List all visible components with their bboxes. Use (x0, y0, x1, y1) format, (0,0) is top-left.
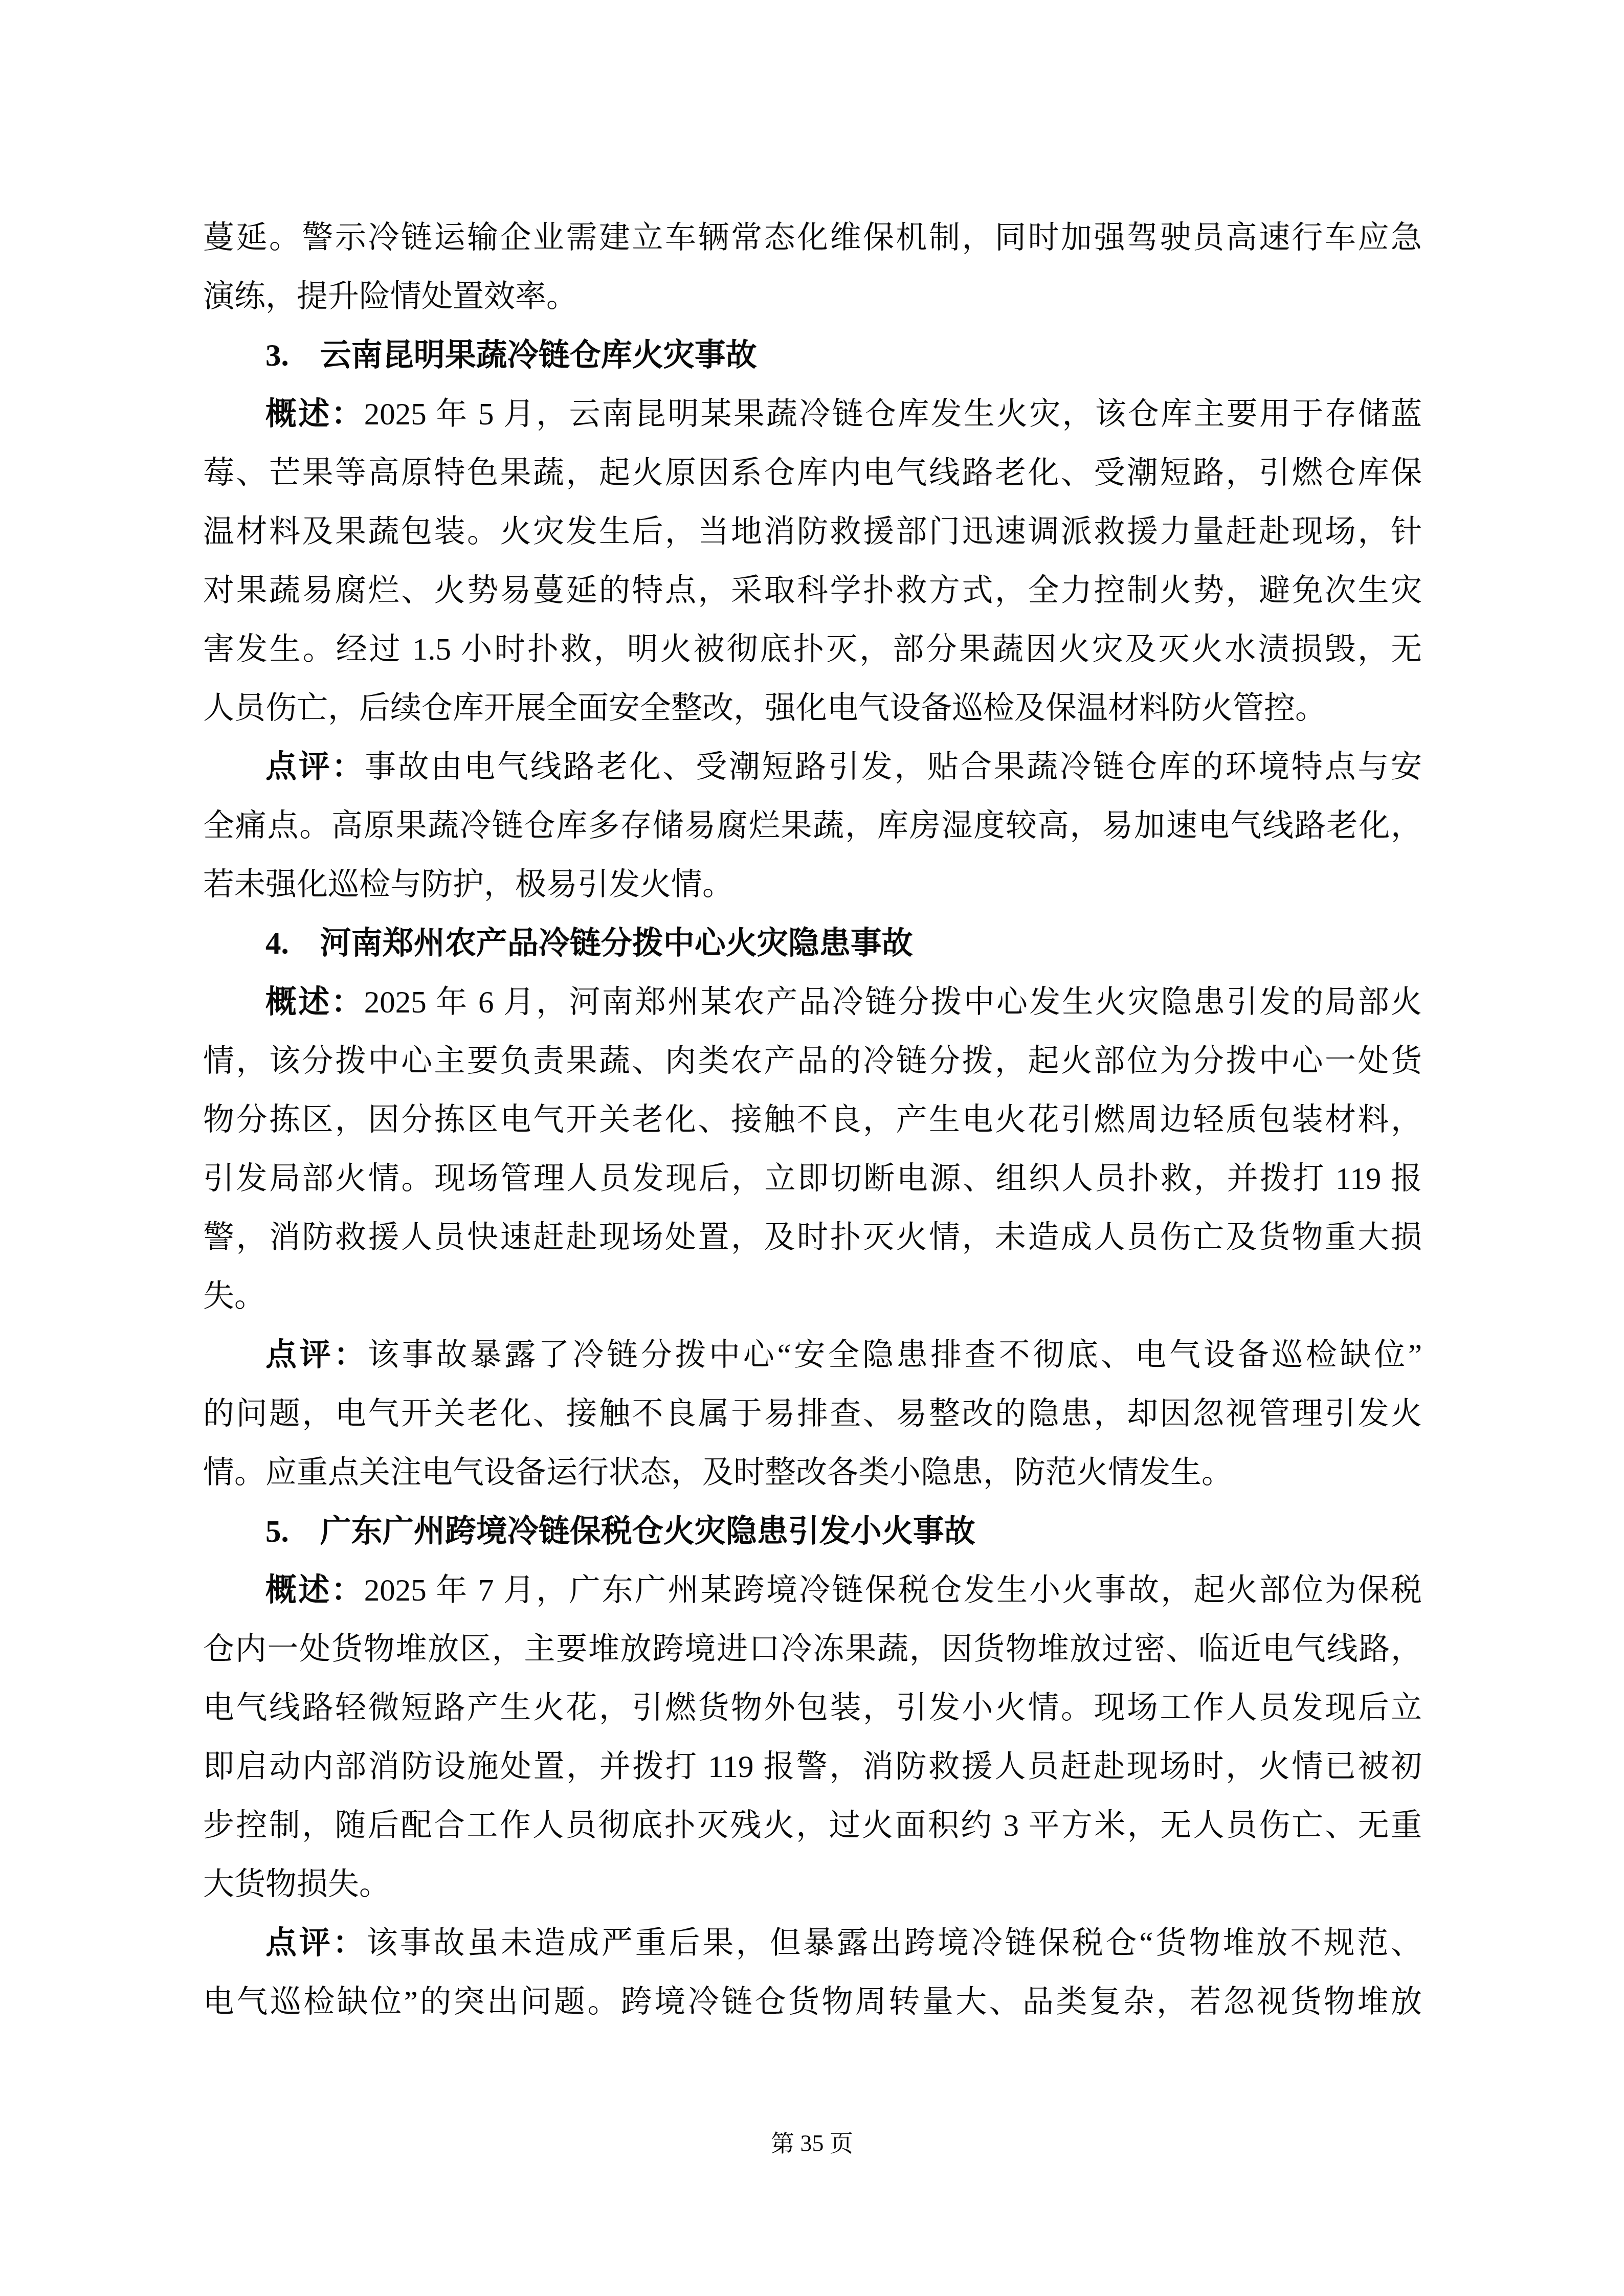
text-line: 害发生。经过 1.5 小时扑救，明火被彻底扑灭，部分果蔬因火灾及灭火水渍损毁，无 (203, 620, 1422, 679)
line-text: 全痛点。高原果蔬冷链仓库多存储易腐烂果蔬，库房湿度较高，易加速电气线路老化， (203, 809, 1422, 843)
line-text: 2025 年 5 月，云南昆明某果蔬冷链仓库发生火灾，该仓库主要用于存储蓝 (364, 397, 1422, 432)
text-line: 物分拣区，因分拣区电气开关老化、接触不良，产生电火花引燃周边轻质包装材料， (203, 1091, 1422, 1150)
line-text: 该事故虽未造成严重后果，但暴露出跨境冷链保税仓“货物堆放不规范、 (366, 1926, 1422, 1961)
line-text: 仓内一处货物堆放区，主要堆放跨境进口冷冻果蔬，因货物堆放过密、临近电气线路， (203, 1632, 1422, 1667)
text-line: 概述：2025 年 6 月，河南郑州某农产品冷链分拨中心发生火灾隐患引发的局部火 (203, 973, 1422, 1032)
text-line: 步控制，随后配合工作人员彻底扑灭残火，过火面积约 3 平方米，无人员伤亡、无重 (203, 1796, 1422, 1855)
line-text: 演练，提升险情处置效率。 (203, 280, 577, 314)
line-text: 失。 (203, 1279, 265, 1314)
text-line: 莓、芒果等高原特色果蔬，起火原因系仓库内电气线路老化、受潮短路，引燃仓库保 (203, 444, 1422, 503)
line-text: 5. 广东广州跨境冷链保税仓火灾隐患引发小火事故 (265, 1515, 975, 1549)
text-line: 点评：事故由电气线路老化、受潮短路引发，贴合果蔬冷链仓库的环境特点与安 (203, 738, 1422, 797)
section-heading: 4. 河南郑州农产品冷链分拨中心火灾隐患事故 (203, 914, 1422, 973)
line-text: 事故由电气线路老化、受潮短路引发，贴合果蔬冷链仓库的环境特点与安 (365, 750, 1422, 784)
text-line: 全痛点。高原果蔬冷链仓库多存储易腐烂果蔬，库房湿度较高，易加速电气线路老化， (203, 797, 1422, 856)
document-page: { "document": { "lines": [ {"prefix":"",… (0, 0, 1624, 2296)
text-line: 仓内一处货物堆放区，主要堆放跨境进口冷冻果蔬，因货物堆放过密、临近电气线路， (203, 1620, 1422, 1679)
line-prefix: 概述： (265, 397, 364, 432)
text-line: 若未强化巡检与防护，极易引发火情。 (203, 856, 1422, 914)
text-line: 点评：该事故虽未造成严重后果，但暴露出跨境冷链保税仓“货物堆放不规范、 (203, 1914, 1422, 1973)
text-line: 的问题，电气开关老化、接触不良属于易排查、易整改的隐患，却因忽视管理引发火 (203, 1385, 1422, 1444)
text-line: 电气线路轻微短路产生火花，引燃货物外包装，引发小火情。现场工作人员发现后立 (203, 1679, 1422, 1738)
line-text: 莓、芒果等高原特色果蔬，起火原因系仓库内电气线路老化、受潮短路，引燃仓库保 (203, 456, 1422, 490)
text-line: 点评：该事故暴露了冷链分拨中心“安全隐患排查不彻底、电气设备巡检缺位” (203, 1326, 1422, 1385)
page-number: 第 35 页 (0, 2128, 1624, 2159)
line-text: 大货物损失。 (203, 1867, 390, 1902)
text-line: 对果蔬易腐烂、火势易蔓延的特点，采取科学扑救方式，全力控制火势，避免次生灾 (203, 561, 1422, 620)
text-line: 概述：2025 年 5 月，云南昆明某果蔬冷链仓库发生火灾，该仓库主要用于存储蓝 (203, 385, 1422, 444)
line-text: 电气线路轻微短路产生火花，引燃货物外包装，引发小火情。现场工作人员发现后立 (203, 1691, 1422, 1725)
line-prefix: 点评： (265, 1926, 366, 1961)
line-text: 2025 年 7 月，广东广州某跨境冷链保税仓发生小火事故，起火部位为保税 (364, 1573, 1422, 1608)
line-prefix: 点评： (265, 750, 365, 784)
line-text: 4. 河南郑州农产品冷链分拨中心火灾隐患事故 (265, 927, 913, 961)
text-line: 情，该分拨中心主要负责果蔬、肉类农产品的冷链分拨，起火部位为分拨中心一处货 (203, 1032, 1422, 1091)
text-line: 蔓延。警示冷链运输企业需建立车辆常态化维保机制，同时加强驾驶员高速行车应急 (203, 209, 1422, 267)
text-line: 温材料及果蔬包装。火灾发生后，当地消防救援部门迅速调派救援力量赶赴现场，针 (203, 503, 1422, 561)
line-text: 引发局部火情。现场管理人员发现后，立即切断电源、组织人员扑救，并拨打 119 报 (203, 1162, 1422, 1196)
line-prefix: 概述： (265, 985, 364, 1020)
line-text: 的问题，电气开关老化、接触不良属于易排查、易整改的隐患，却因忽视管理引发火 (203, 1397, 1422, 1431)
line-text: 人员伤亡，后续仓库开展全面安全整改，强化电气设备巡检及保温材料防火管控。 (203, 691, 1326, 726)
line-text: 步控制，随后配合工作人员彻底扑灭残火，过火面积约 3 平方米，无人员伤亡、无重 (203, 1809, 1422, 1843)
line-text: 情，该分拨中心主要负责果蔬、肉类农产品的冷链分拨，起火部位为分拨中心一处货 (203, 1044, 1422, 1078)
section-heading: 3. 云南昆明果蔬冷链仓库火灾事故 (203, 326, 1422, 385)
text-line: 概述：2025 年 7 月，广东广州某跨境冷链保税仓发生小火事故，起火部位为保税 (203, 1561, 1422, 1620)
line-text: 警，消防救援人员快速赶赴现场处置，及时扑灭火情，未造成人员伤亡及货物重大损 (203, 1221, 1422, 1255)
section-heading: 5. 广东广州跨境冷链保税仓火灾隐患引发小火事故 (203, 1502, 1422, 1561)
line-text: 2025 年 6 月，河南郑州某农产品冷链分拨中心发生火灾隐患引发的局部火 (364, 985, 1422, 1020)
text-body: 蔓延。警示冷链运输企业需建立车辆常态化维保机制，同时加强驾驶员高速行车应急 演练… (203, 209, 1422, 2032)
line-text: 即启动内部消防设施处置，并拨打 119 报警，消防救援人员赶赴现场时，火情已被初 (203, 1750, 1422, 1784)
text-line: 情。应重点关注电气设备运行状态，及时整改各类小隐患，防范火情发生。 (203, 1444, 1422, 1502)
line-text: 若未强化巡检与防护，极易引发火情。 (203, 868, 733, 902)
text-line: 即启动内部消防设施处置，并拨打 119 报警，消防救援人员赶赴现场时，火情已被初 (203, 1738, 1422, 1796)
text-line: 引发局部火情。现场管理人员发现后，立即切断电源、组织人员扑救，并拨打 119 报 (203, 1150, 1422, 1208)
line-text: 对果蔬易腐烂、火势易蔓延的特点，采取科学扑救方式，全力控制火势，避免次生灾 (203, 574, 1422, 608)
line-text: 害发生。经过 1.5 小时扑救，明火被彻底扑灭，部分果蔬因火灾及灭火水渍损毁，无 (203, 633, 1422, 667)
line-text: 物分拣区，因分拣区电气开关老化、接触不良，产生电火花引燃周边轻质包装材料， (203, 1103, 1422, 1137)
text-line: 失。 (203, 1267, 1422, 1326)
text-line: 电气巡检缺位”的突出问题。跨境冷链仓货物周转量大、品类复杂，若忽视货物堆放 (203, 1973, 1422, 2032)
text-line: 演练，提升险情处置效率。 (203, 267, 1422, 326)
line-text: 电气巡检缺位”的突出问题。跨境冷链仓货物周转量大、品类复杂，若忽视货物堆放 (203, 1985, 1422, 2019)
line-text: 3. 云南昆明果蔬冷链仓库火灾事故 (265, 339, 757, 373)
line-text: 蔓延。警示冷链运输企业需建立车辆常态化维保机制，同时加强驾驶员高速行车应急 (203, 221, 1422, 255)
line-text: 该事故暴露了冷链分拨中心“安全隐患排查不彻底、电气设备巡检缺位” (368, 1338, 1422, 1372)
text-line: 人员伤亡，后续仓库开展全面安全整改，强化电气设备巡检及保温材料防火管控。 (203, 679, 1422, 738)
text-line: 大货物损失。 (203, 1855, 1422, 1914)
line-prefix: 概述： (265, 1573, 364, 1608)
line-text: 情。应重点关注电气设备运行状态，及时整改各类小隐患，防范火情发生。 (203, 1456, 1233, 1490)
line-prefix: 点评： (265, 1338, 368, 1372)
line-text: 温材料及果蔬包装。火灾发生后，当地消防救援部门迅速调派救援力量赶赴现场，针 (203, 515, 1422, 549)
text-line: 警，消防救援人员快速赶赴现场处置，及时扑灭火情，未造成人员伤亡及货物重大损 (203, 1208, 1422, 1267)
